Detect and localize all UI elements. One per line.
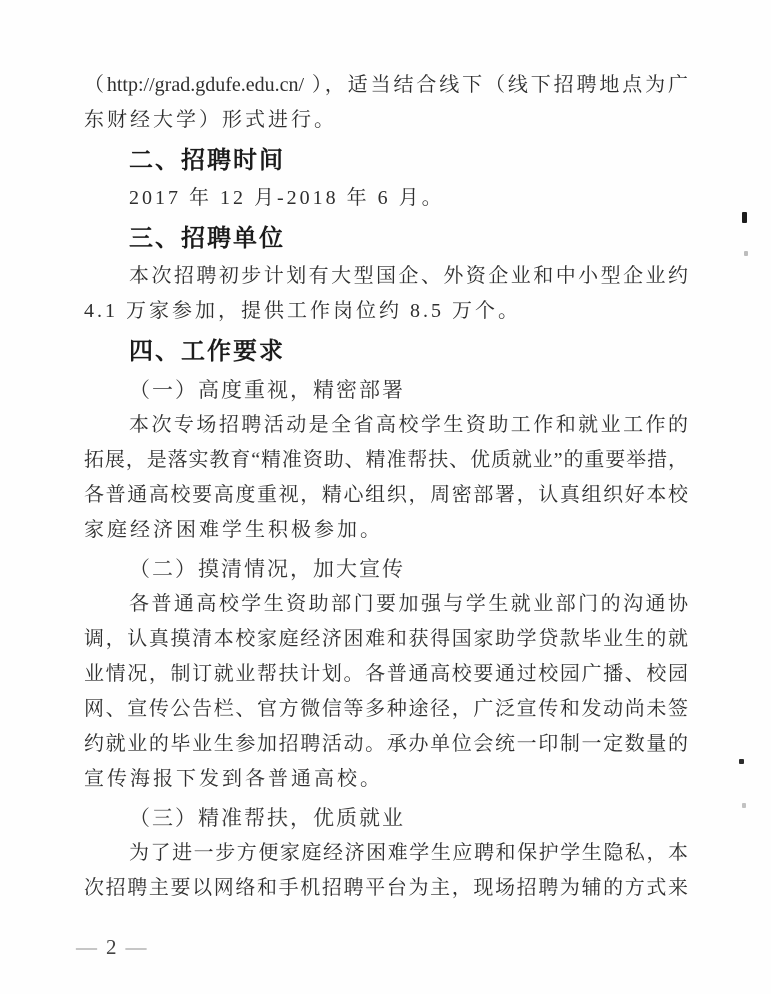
- text-line: 拓展，是落实教育“精准资助、精准帮扶、优质就业”的重要举措，: [84, 443, 688, 478]
- text-line: 宣传海报下发到各普通高校。: [84, 762, 688, 797]
- text-line: 次招聘主要以网络和手机招聘平台为主，现场招聘为辅的方式来: [84, 871, 688, 906]
- text-line: 网、宣传公告栏、官方微信等多种途径，广泛宣传和发动尚未签: [84, 692, 688, 727]
- text-line: （http://grad.gdufe.edu.cn/ ），适当结合线下（线下招聘…: [84, 68, 688, 103]
- page-number-footer: —2—: [76, 932, 147, 962]
- sub-heading: （一）高度重视，精密部署: [84, 373, 688, 408]
- text-line: 2017 年 12 月-2018 年 6 月。: [84, 181, 688, 216]
- scan-artifact: [739, 759, 744, 764]
- scan-artifact: [742, 803, 746, 808]
- scan-artifact: [744, 251, 748, 256]
- section-heading: 四、工作要求: [84, 334, 688, 369]
- section-heading: 三、招聘单位: [84, 221, 688, 256]
- sub-heading: （三）精准帮扶，优质就业: [84, 801, 688, 836]
- scanned-document-page: （http://grad.gdufe.edu.cn/ ），适当结合线下（线下招聘…: [0, 0, 771, 994]
- footer-dash-left: —: [76, 935, 97, 959]
- text-line: 本次招聘初步计划有大型国企、外资企业和中小型企业约: [84, 259, 688, 294]
- text-line: 约就业的毕业生参加招聘活动。承办单位会统一印制一定数量的: [84, 727, 688, 762]
- page-number: 2: [106, 935, 117, 959]
- text-line: 东财经大学）形式进行。: [84, 103, 688, 138]
- footer-dash-right: —: [126, 935, 147, 959]
- document-body: （http://grad.gdufe.edu.cn/ ），适当结合线下（线下招聘…: [84, 68, 688, 906]
- section-heading: 二、招聘时间: [84, 143, 688, 178]
- scan-artifact: [742, 212, 747, 223]
- text-line: 本次专场招聘活动是全省高校学生资助工作和就业工作的: [84, 408, 688, 443]
- text-line: 调，认真摸清本校家庭经济困难和获得国家助学贷款毕业生的就: [84, 622, 688, 657]
- text-line: 为了进一步方便家庭经济困难学生应聘和保护学生隐私，本: [84, 836, 688, 871]
- text-line: 4.1 万家参加，提供工作岗位约 8.5 万个。: [84, 294, 688, 329]
- sub-heading: （二）摸清情况，加大宣传: [84, 552, 688, 587]
- text-line: 业情况，制订就业帮扶计划。各普通高校要通过校园广播、校园: [84, 657, 688, 692]
- text-line: 各普通高校要高度重视，精心组织，周密部署，认真组织好本校: [84, 478, 688, 513]
- text-line: 家庭经济困难学生积极参加。: [84, 513, 688, 548]
- text-line: 各普通高校学生资助部门要加强与学生就业部门的沟通协: [84, 587, 688, 622]
